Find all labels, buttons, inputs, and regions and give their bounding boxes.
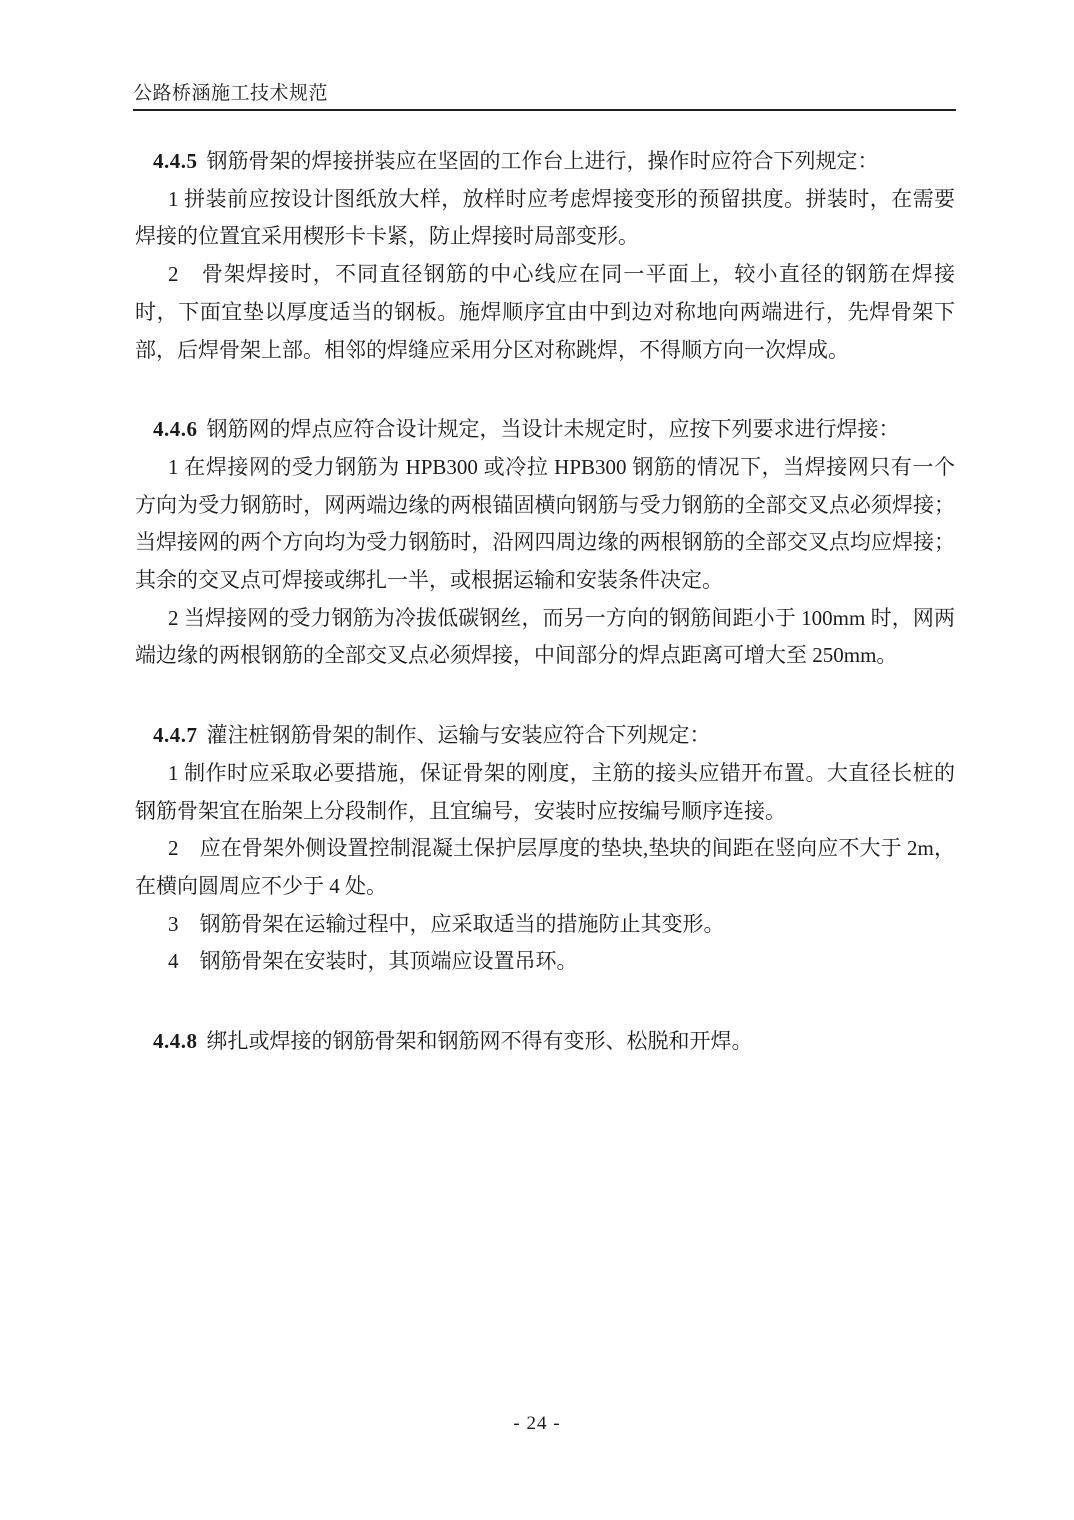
- clause-heading: 4.4.6钢筋网的焊点应符合设计规定，当设计未规定时，应按下列要求进行焊接：: [135, 411, 955, 449]
- clause-number: 4.4.7: [153, 723, 198, 747]
- clause-heading: 4.4.8绑扎或焊接的钢筋骨架和钢筋网不得有变形、松脱和开焊。: [135, 1023, 955, 1061]
- clause-number: 4.4.5: [153, 149, 198, 173]
- clause-paragraph: 1 制作时应采取必要措施，保证骨架的刚度，主筋的接头应错开布置。大直径长桩的钢筋…: [135, 755, 955, 830]
- clause-number: 4.4.8: [153, 1029, 198, 1053]
- clause-paragraph: 1 拼装前应按设计图纸放大样，放样时应考虑焊接变形的预留拱度。拼装时，在需要焊接…: [135, 181, 955, 256]
- clause-heading: 4.4.5钢筋骨架的焊接拼装应在坚固的工作台上进行，操作时应符合下列规定：: [135, 143, 955, 181]
- running-header: 公路桥涵施工技术规范: [133, 84, 956, 111]
- clause-title-text: 绑扎或焊接的钢筋骨架和钢筋网不得有变形、松脱和开焊。: [207, 1029, 753, 1053]
- clause-4-4-7: 4.4.7灌注桩钢筋骨架的制作、运输与安装应符合下列规定： 1 制作时应采取必要…: [135, 717, 955, 981]
- document-page: 公路桥涵施工技术规范 4.4.5钢筋骨架的焊接拼装应在坚固的工作台上进行，操作时…: [0, 0, 1074, 1520]
- running-header-title: 公路桥涵施工技术规范: [133, 84, 956, 104]
- clause-title-text: 钢筋骨架的焊接拼装应在坚固的工作台上进行，操作时应符合下列规定：: [207, 149, 879, 173]
- clause-4-4-8: 4.4.8绑扎或焊接的钢筋骨架和钢筋网不得有变形、松脱和开焊。: [135, 1023, 955, 1061]
- document-body: 4.4.5钢筋骨架的焊接拼装应在坚固的工作台上进行，操作时应符合下列规定： 1 …: [135, 143, 955, 1061]
- clause-4-4-6: 4.4.6钢筋网的焊点应符合设计规定，当设计未规定时，应按下列要求进行焊接： 1…: [135, 411, 955, 675]
- clause-paragraph: 4 钢筋骨架在安装时，其顶端应设置吊环。: [135, 943, 955, 981]
- clause-paragraph: 2 当焊接网的受力钢筋为冷拔低碳钢丝，而另一方向的钢筋间距小于 100mm 时，…: [135, 600, 955, 675]
- page-number: - 24 -: [513, 1413, 560, 1434]
- page-footer: - 24 -: [0, 1412, 1074, 1436]
- clause-paragraph: 3 钢筋骨架在运输过程中，应采取适当的措施防止其变形。: [135, 906, 955, 944]
- clause-number: 4.4.6: [153, 417, 198, 441]
- clause-4-4-5: 4.4.5钢筋骨架的焊接拼装应在坚固的工作台上进行，操作时应符合下列规定： 1 …: [135, 143, 955, 369]
- clause-paragraph: 2 应在骨架外侧设置控制混凝土保护层厚度的垫块,垫块的间距在竖向应不大于 2m，…: [135, 830, 955, 905]
- clause-heading: 4.4.7灌注桩钢筋骨架的制作、运输与安装应符合下列规定：: [135, 717, 955, 755]
- clause-paragraph: 2 骨架焊接时，不同直径钢筋的中心线应在同一平面上，较小直径的钢筋在焊接时，下面…: [135, 256, 955, 369]
- clause-title-text: 钢筋网的焊点应符合设计规定，当设计未规定时，应按下列要求进行焊接：: [207, 417, 900, 441]
- clause-title-text: 灌注桩钢筋骨架的制作、运输与安装应符合下列规定：: [207, 723, 711, 747]
- clause-paragraph: 1 在焊接网的受力钢筋为 HPB300 或冷拉 HPB300 钢筋的情况下，当焊…: [135, 449, 955, 600]
